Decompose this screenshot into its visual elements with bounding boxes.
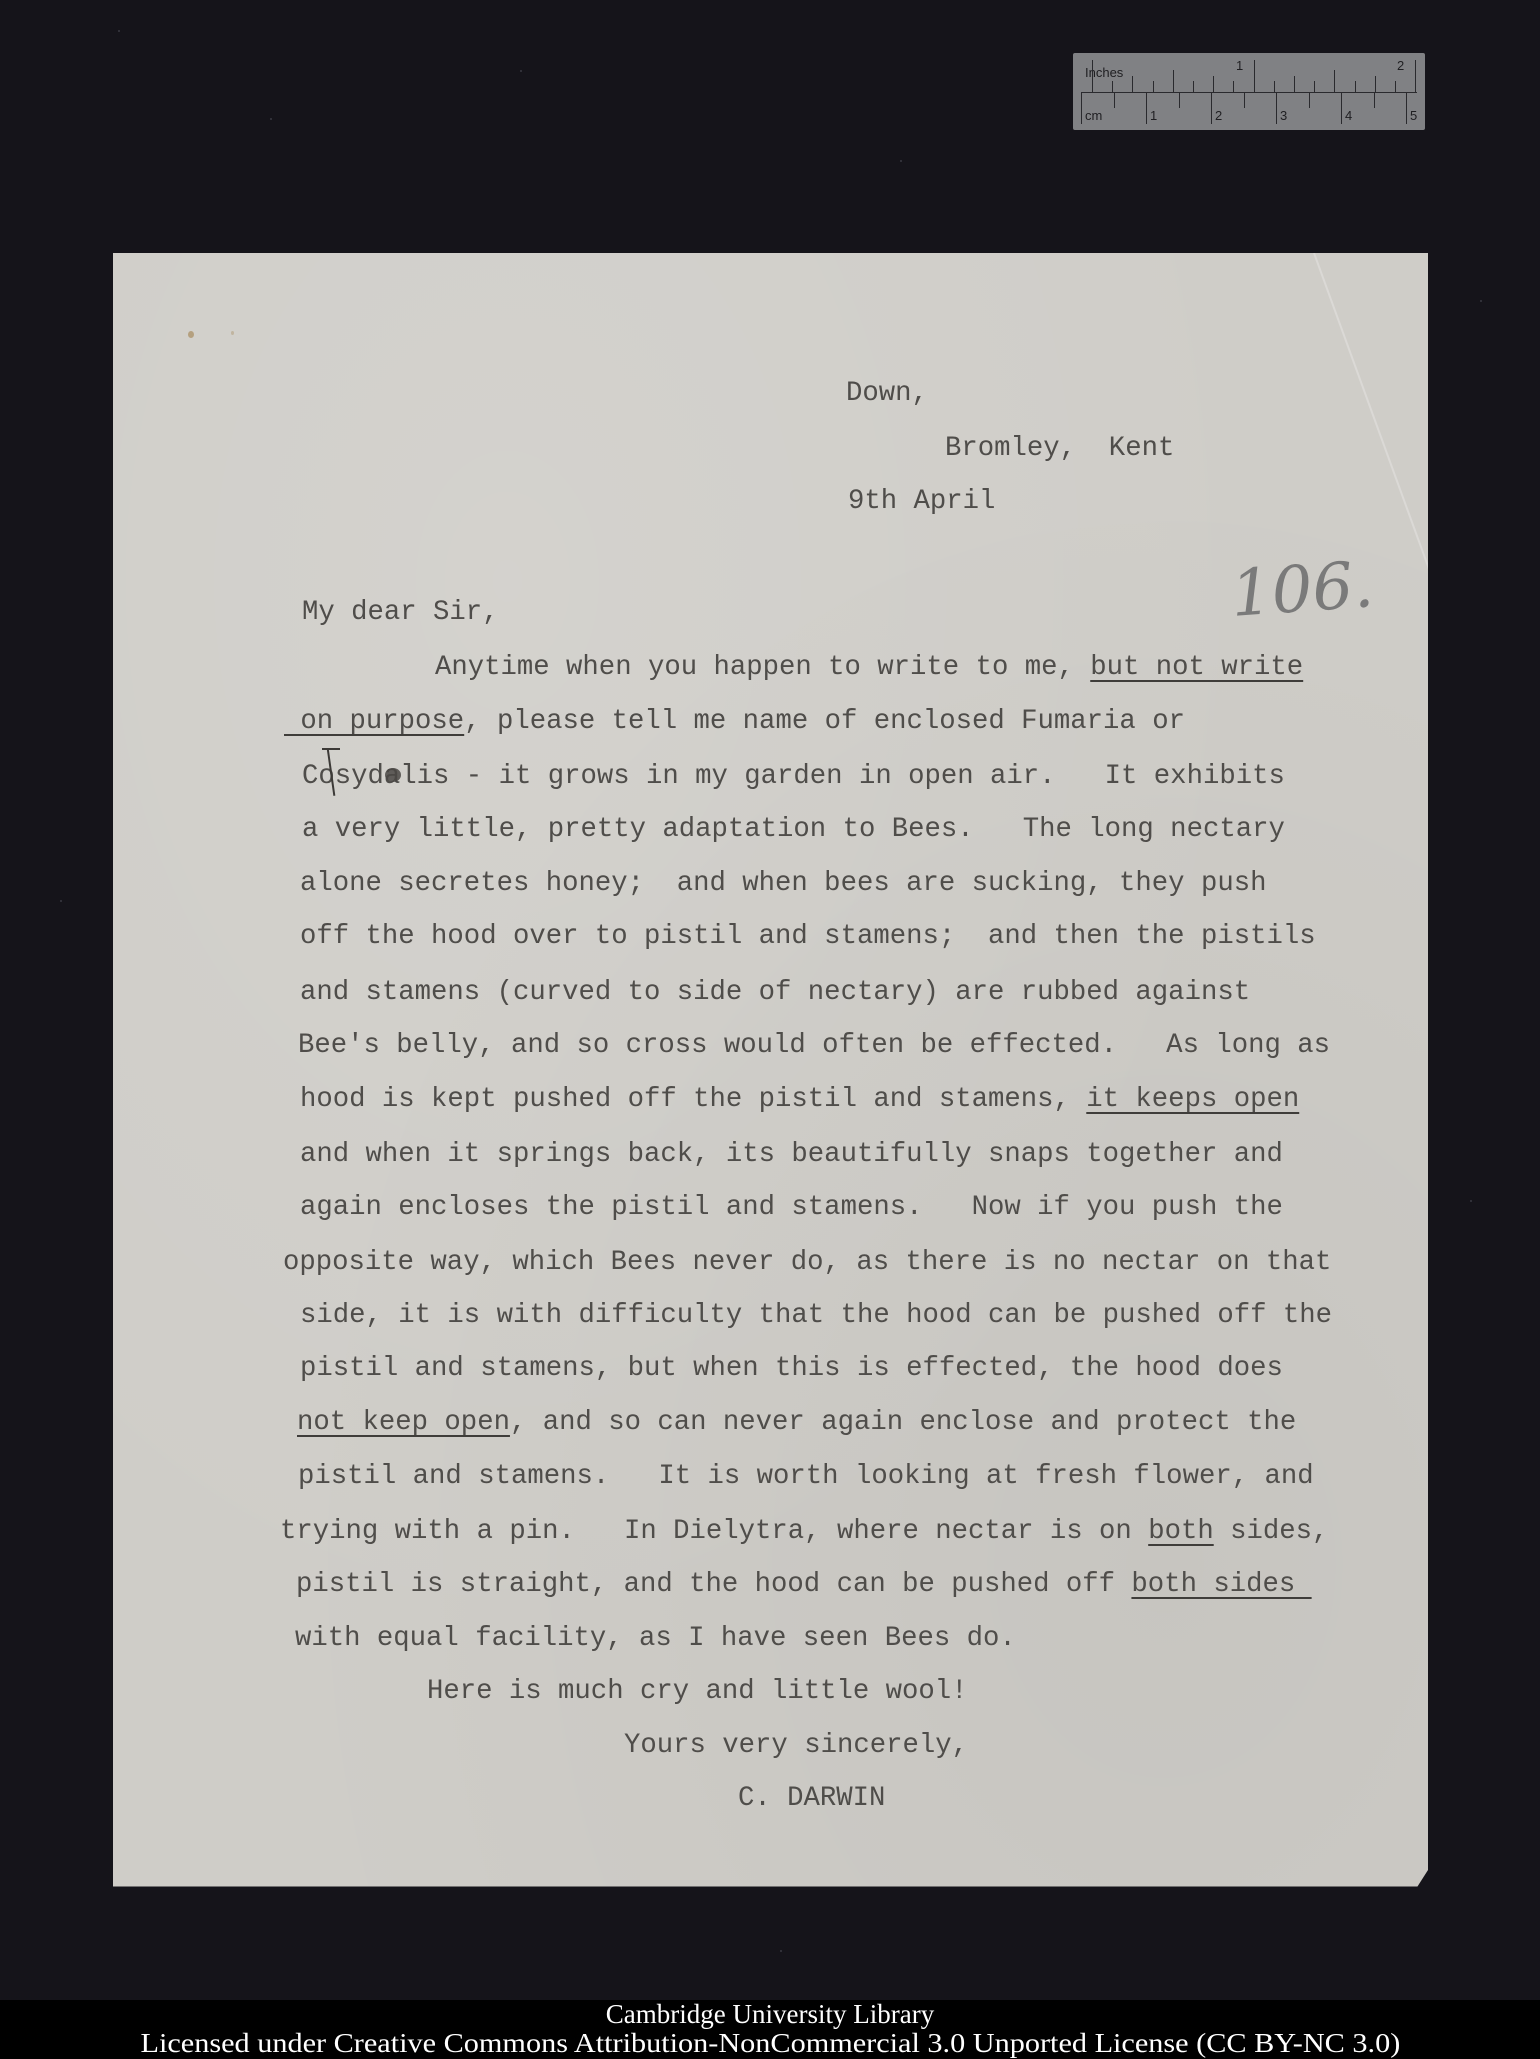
ruler-inch-tick — [1132, 76, 1133, 92]
ruler-inch-tick — [1213, 76, 1214, 92]
ruler-inch-tick — [1314, 81, 1315, 92]
ruler-inch-tick — [1254, 60, 1255, 92]
ruler-inch-mark-1: 1 — [1236, 58, 1243, 73]
background-speck — [270, 118, 272, 120]
line-text: C. DARWIN — [738, 1783, 885, 1814]
footer-license: Licensed under Creative Commons Attribut… — [140, 2029, 1400, 2058]
letter-line: and stamens (curved to side of nectary) … — [300, 978, 1250, 1008]
ruler-inch-tick — [1153, 81, 1154, 92]
ruler-cm-mark-3: 3 — [1280, 108, 1287, 123]
background-speck — [118, 30, 120, 32]
ruler-cm-tick — [1081, 92, 1082, 124]
background-speck — [1470, 1200, 1472, 1202]
line-text: and when it springs back, its beautifull… — [300, 1139, 1283, 1170]
ruler-cm-tick — [1309, 92, 1310, 108]
ruler-inches-label: Inches — [1085, 65, 1123, 80]
ruler-cm-mark-5: 5 — [1410, 108, 1417, 123]
line-text: pistil and stamens. It is worth looking … — [298, 1461, 1314, 1492]
ruler-inch-tick — [1233, 81, 1234, 92]
background-speck — [60, 900, 62, 902]
letter-line: alone secretes honey; and when bees are … — [300, 869, 1266, 899]
line-text: a very little, pretty adaptation to Bees… — [302, 814, 1285, 845]
letter-line: not keep open, and so can never again en… — [297, 1408, 1296, 1438]
letter-line: off the hood over to pistil and stamens;… — [300, 922, 1316, 952]
letter-line: on purpose, please tell me name of enclo… — [284, 707, 1185, 737]
address-line-town: Down, — [846, 379, 928, 409]
ruler-cm-tick — [1211, 92, 1212, 124]
ruler-cm-mark-1: 1 — [1150, 108, 1157, 123]
ruler-cm-tick — [1146, 92, 1147, 124]
ruler-cm-tick — [1374, 92, 1375, 108]
underlined-text: both — [1148, 1516, 1214, 1547]
letter-line: pistil and stamens, but when this is eff… — [300, 1354, 1283, 1384]
line-text: Yours very sincerely, — [624, 1730, 968, 1761]
line-text: sides, — [1214, 1516, 1329, 1547]
line-text: trying with a pin. In Dielytra, where ne… — [280, 1516, 1148, 1547]
ruler-cm-tick — [1341, 92, 1342, 124]
line-text: opposite way, which Bees never do, as th… — [283, 1247, 1331, 1278]
ruler-inch-tick — [1334, 70, 1335, 92]
ruler-inch-tick — [1092, 60, 1093, 92]
underlined-text: on purpose — [284, 706, 464, 737]
letter-line: Cosydalis - it grows in my garden in ope… — [302, 762, 1285, 792]
handwritten-correction-blot — [385, 768, 401, 782]
line-text: side, it is with difficulty that the hoo… — [300, 1300, 1332, 1331]
letter-line: side, it is with difficulty that the hoo… — [300, 1301, 1332, 1331]
line-text: again encloses the pistil and stamens. N… — [300, 1192, 1283, 1223]
line-text: with equal facility, as I have seen Bees… — [295, 1623, 1016, 1654]
ruler-inch-tick — [1375, 76, 1376, 92]
ruler-inch-tick — [1112, 81, 1113, 92]
letter-line: again encloses the pistil and stamens. N… — [300, 1193, 1283, 1223]
letter-line: pistil and stamens. It is worth looking … — [298, 1462, 1314, 1492]
handwritten-folio-number: 106. — [1229, 548, 1376, 632]
scale-ruler: Inches cm 1 2 1 2 3 4 5 — [1073, 53, 1425, 130]
underlined-text: but not write — [1090, 652, 1303, 683]
letter-line: a very little, pretty adaptation to Bees… — [302, 815, 1285, 845]
letter-line: Bee's belly, and so cross would often be… — [298, 1031, 1330, 1061]
letter-line: hood is kept pushed off the pistil and s… — [300, 1085, 1299, 1115]
ruler-cm-tick — [1276, 92, 1277, 124]
ruler-axis — [1081, 92, 1417, 93]
background-speck — [1480, 300, 1482, 302]
ruler-cm-label: cm — [1085, 108, 1102, 123]
letter-line: pistil is straight, and the hood can be … — [296, 1570, 1312, 1600]
paper-stain — [188, 331, 194, 338]
address-line-county: Bromley, Kent — [945, 434, 1174, 464]
attribution-footer: Cambridge University Library Licensed un… — [0, 2000, 1540, 2059]
ruler-cm-mark-4: 4 — [1345, 108, 1352, 123]
ruler-inch-tick — [1274, 81, 1275, 92]
letter-line: Here is much cry and little wool! — [427, 1677, 968, 1707]
ruler-cm-tick — [1114, 92, 1115, 108]
letter-line: Anytime when you happen to write to me, … — [435, 653, 1303, 683]
letter-line: with equal facility, as I have seen Bees… — [295, 1624, 1016, 1654]
underlined-text: not keep open — [297, 1407, 510, 1438]
letter-date: 9th April — [848, 487, 995, 517]
underlined-text: it keeps open — [1086, 1084, 1299, 1115]
letter-line: C. DARWIN — [738, 1784, 885, 1814]
letter-line: My dear Sir, — [302, 598, 499, 628]
ruler-inch-tick — [1173, 70, 1174, 92]
ruler-inch-tick — [1415, 60, 1416, 92]
line-text: off the hood over to pistil and stamens;… — [300, 921, 1316, 952]
background-speck — [780, 1950, 782, 1952]
footer-institution: Cambridge University Library — [0, 2000, 1540, 2029]
line-text: and stamens (curved to side of nectary) … — [300, 977, 1250, 1008]
line-text: pistil and stamens, but when this is eff… — [300, 1353, 1283, 1384]
line-text: Cosydalis - it grows in my garden in ope… — [302, 761, 1285, 792]
ruler-inch-tick — [1294, 76, 1295, 92]
letter-line: and when it springs back, its beautifull… — [300, 1140, 1283, 1170]
line-text: My dear Sir, — [302, 597, 499, 628]
ruler-inch-tick — [1355, 81, 1356, 92]
line-text: Bee's belly, and so cross would often be… — [298, 1030, 1330, 1061]
letter-line: trying with a pin. In Dielytra, where ne… — [280, 1517, 1328, 1547]
handwritten-correction-bar — [322, 748, 340, 750]
ruler-cm-tick — [1406, 92, 1407, 124]
line-text: , please tell me name of enclosed Fumari… — [464, 706, 1185, 737]
letter-line: Yours very sincerely, — [624, 1731, 968, 1761]
paper-stain — [231, 331, 234, 335]
background-speck — [520, 70, 522, 72]
background-speck — [900, 160, 902, 162]
underlined-text: both sides — [1131, 1569, 1311, 1600]
line-text: Here is much cry and little wool! — [427, 1676, 968, 1707]
ruler-cm-mark-2: 2 — [1215, 108, 1222, 123]
line-text: hood is kept pushed off the pistil and s… — [300, 1084, 1086, 1115]
line-text: alone secretes honey; and when bees are … — [300, 868, 1266, 899]
line-text: , and so can never again enclose and pro… — [510, 1407, 1296, 1438]
ruler-cm-tick — [1179, 92, 1180, 108]
line-text: pistil is straight, and the hood can be … — [296, 1569, 1131, 1600]
ruler-inch-tick — [1193, 81, 1194, 92]
letter-line: opposite way, which Bees never do, as th… — [283, 1248, 1331, 1278]
ruler-inch-mark-2: 2 — [1397, 58, 1404, 73]
line-text: Anytime when you happen to write to me, — [435, 652, 1090, 683]
ruler-inch-tick — [1395, 81, 1396, 92]
ruler-cm-tick — [1244, 92, 1245, 108]
